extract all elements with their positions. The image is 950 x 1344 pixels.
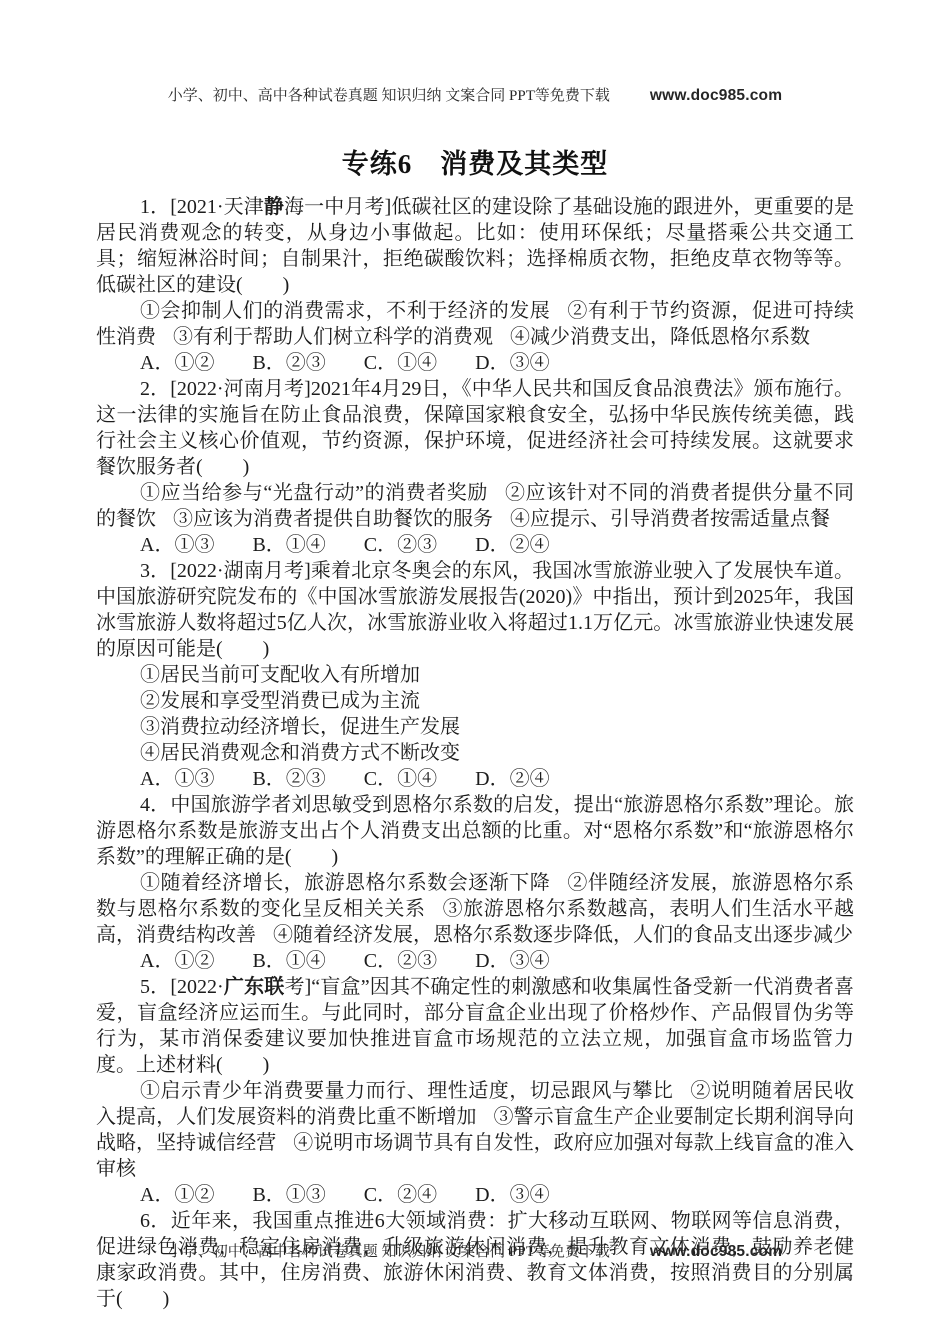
choice-d: D．②④ (475, 534, 549, 556)
question-5-stem: 5．[2022·广东联考]“盲盒”因其不确定性的刺激感和收集属性备受新一代消费者… (96, 974, 854, 1078)
option-2: ②发展和享受型消费已成为主流 (96, 688, 854, 714)
choice-a: A．①② (140, 1184, 214, 1206)
page-header: 小学、初中、高中各种试卷真题 知识归纳 文案合同 PPT等免费下载www.doc… (0, 84, 950, 105)
question-1-choices: A．①②B．②③C．①④D．③④ (96, 350, 854, 376)
option-3: ③应该为消费者提供自助餐饮的服务 (173, 508, 493, 530)
option-4: ④应提示、引导消费者按需适量点餐 (510, 508, 830, 530)
stem-text: 5．[2022· (140, 976, 224, 998)
document-page: 小学、初中、高中各种试卷真题 知识归纳 文案合同 PPT等免费下载www.doc… (0, 0, 950, 1344)
site-url: www.doc985.com (650, 1243, 782, 1260)
choice-a: A．①③ (140, 534, 214, 556)
stem-bold-text: 静 (264, 196, 284, 218)
choice-d: D．③④ (475, 352, 549, 374)
document-body: 1．[2021·天津静海一中月考]低碳社区的建设除了基础设施的跟进外，更重要的是… (96, 194, 854, 1312)
choice-a: A．①③ (140, 768, 214, 790)
choice-c: C．①④ (364, 768, 437, 790)
question-5-choices: A．①②B．①③C．②④D．③④ (96, 1182, 854, 1208)
option-4: ④随着经济发展，恩格尔系数逐步降低，人们的食品支出逐步减少 (273, 924, 853, 946)
stem-text: 4．中国旅游学者刘思敏受到恩格尔系数的启发，提出“旅游恩格尔系数”理论。旅游恩格… (96, 794, 854, 868)
choice-a: A．①② (140, 352, 214, 374)
stem-text: 1．[2021·天津 (140, 196, 264, 218)
option-3: ③有利于帮助人们树立科学的消费观 (173, 326, 493, 348)
choice-b: B．①④ (252, 950, 325, 972)
choice-b: B．①④ (252, 534, 325, 556)
stem-text: 2．[2022·河南月考]2021年4月29日，《中华人民共和国反食品浪费法》颁… (96, 378, 854, 478)
stem-text: 3．[2022·湖南月考]乘着北京冬奥会的东风，我国冰雪旅游业驶入了发展快车道。… (96, 560, 854, 660)
question-2-stem: 2．[2022·河南月考]2021年4月29日，《中华人民共和国反食品浪费法》颁… (96, 376, 854, 480)
choice-d: D．②④ (475, 768, 549, 790)
option-4: ④居民消费观念和消费方式不断改变 (96, 740, 854, 766)
question-4-stem: 4．中国旅游学者刘思敏受到恩格尔系数的启发，提出“旅游恩格尔系数”理论。旅游恩格… (96, 792, 854, 870)
choice-b: B．②③ (252, 352, 325, 374)
question-4-options: ①随着经济增长，旅游恩格尔系数会逐渐下降②伴随经济发展，旅游恩格尔系数与恩格尔系… (96, 870, 854, 948)
question-3-stem: 3．[2022·湖南月考]乘着北京冬奥会的东风，我国冰雪旅游业驶入了发展快车道。… (96, 558, 854, 662)
page-title: 专练6 消费及其类型 (0, 142, 950, 181)
choice-d: D．③④ (475, 950, 549, 972)
question-3-choices: A．①③B．②③C．①④D．②④ (96, 766, 854, 792)
header-promo-text: 小学、初中、高中各种试卷真题 知识归纳 文案合同 PPT等免费下载 (168, 88, 610, 104)
stem-bold-text: 广东联 (224, 976, 285, 998)
choice-b: B．②③ (252, 768, 325, 790)
question-3-options: ①居民当前可支配收入有所增加 ②发展和享受型消费已成为主流 ③消费拉动经济增长，… (96, 662, 854, 766)
question-2-choices: A．①③B．①④C．②③D．②④ (96, 532, 854, 558)
question-3: 3．[2022·湖南月考]乘着北京冬奥会的东风，我国冰雪旅游业驶入了发展快车道。… (96, 558, 854, 792)
question-1: 1．[2021·天津静海一中月考]低碳社区的建设除了基础设施的跟进外，更重要的是… (96, 194, 854, 376)
choice-c: C．②③ (364, 534, 437, 556)
choice-d: D．③④ (475, 1184, 549, 1206)
option-1: ①随着经济增长，旅游恩格尔系数会逐渐下降 (140, 872, 550, 894)
site-url: www.doc985.com (650, 87, 782, 104)
page-footer: 小学、初中、高中各种试卷真题 知识归纳 文案合同 PPT等免费下载www.doc… (0, 1240, 950, 1261)
choice-c: C．②③ (364, 950, 437, 972)
question-2-options: ①应当给参与“光盘行动”的消费者奖励②应该针对不同的消费者提供分量不同的餐饮③应… (96, 480, 854, 532)
question-1-options: ①会抑制人们的消费需求，不利于经济的发展②有利于节约资源，促进可持续性消费③有利… (96, 298, 854, 350)
question-4: 4．中国旅游学者刘思敏受到恩格尔系数的启发，提出“旅游恩格尔系数”理论。旅游恩格… (96, 792, 854, 974)
choice-a: A．①② (140, 950, 214, 972)
choice-b: B．①③ (252, 1184, 325, 1206)
option-4: ④减少消费支出，降低恩格尔系数 (510, 326, 810, 348)
question-5-options: ①启示青少年消费要量力而行、理性适度，切忌跟风与攀比②说明随着居民收入提高，人们… (96, 1078, 854, 1182)
footer-promo-text: 小学、初中、高中各种试卷真题 知识归纳 文案合同 PPT等免费下载 (168, 1244, 610, 1260)
option-3: ③消费拉动经济增长，促进生产发展 (96, 714, 854, 740)
option-1: ①会抑制人们的消费需求，不利于经济的发展 (140, 300, 550, 322)
question-5: 5．[2022·广东联考]“盲盒”因其不确定性的刺激感和收集属性备受新一代消费者… (96, 974, 854, 1208)
option-1: ①应当给参与“光盘行动”的消费者奖励 (140, 482, 488, 504)
choice-c: C．②④ (364, 1184, 437, 1206)
option-1: ①启示青少年消费要量力而行、理性适度，切忌跟风与攀比 (140, 1080, 673, 1102)
choice-c: C．①④ (364, 352, 437, 374)
option-1: ①居民当前可支配收入有所增加 (96, 662, 854, 688)
question-1-stem: 1．[2021·天津静海一中月考]低碳社区的建设除了基础设施的跟进外，更重要的是… (96, 194, 854, 298)
question-2: 2．[2022·河南月考]2021年4月29日，《中华人民共和国反食品浪费法》颁… (96, 376, 854, 558)
question-4-choices: A．①②B．①④C．②③D．③④ (96, 948, 854, 974)
